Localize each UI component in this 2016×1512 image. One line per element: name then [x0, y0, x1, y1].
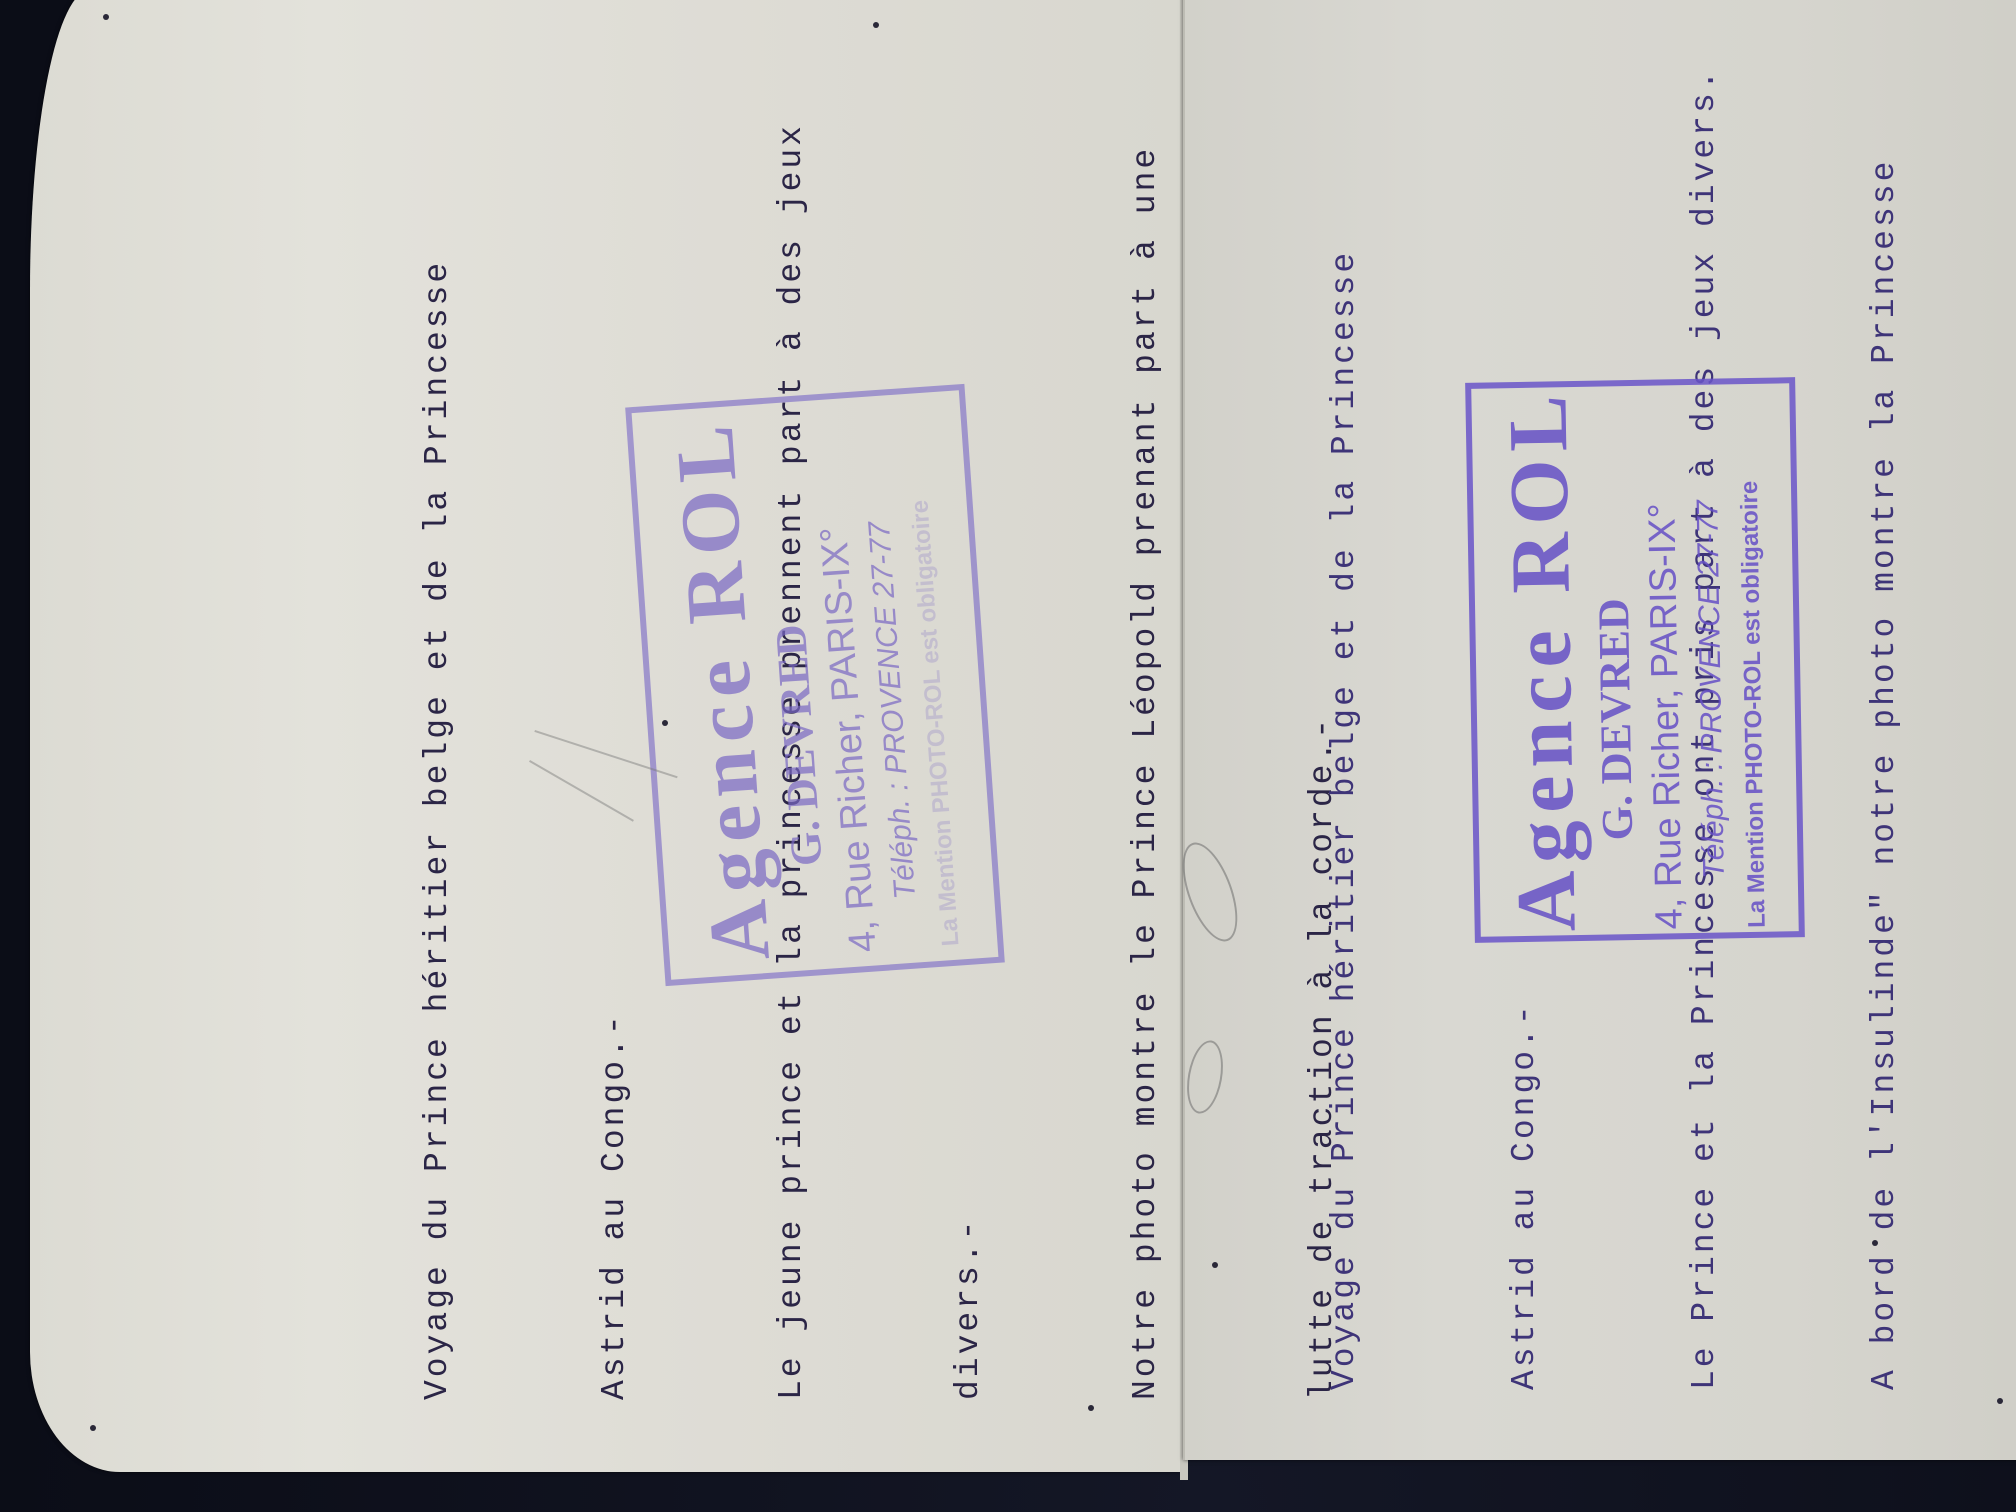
- paper-speck: [873, 22, 879, 28]
- paper-speck: [90, 1425, 96, 1431]
- stamp-mention: La Mention PHOTO-ROL est obligatoire: [1728, 388, 1777, 929]
- paper-speck: [1088, 1405, 1094, 1411]
- left-agency-stamp: Agence ROL G. DEVRED 4, Rue Richer, PARI…: [625, 384, 1005, 986]
- paper-speck: [103, 14, 109, 20]
- caption-line: Astrid au Congo.-: [585, 123, 644, 1400]
- paper-speck: [1997, 1398, 2003, 1404]
- caption-line: Voyage du Prince héritier belge et de la…: [408, 123, 467, 1400]
- paper-speck: [662, 720, 668, 726]
- paper-speck: [1872, 1240, 1878, 1246]
- caption-line: Notre photo montre le Prince Léopold pre…: [1116, 123, 1175, 1400]
- photo-scene: Voyage du Prince héritier belge et de la…: [0, 0, 2016, 1512]
- caption-line: Voyage du Prince héritier belge et de la…: [1315, 45, 1375, 1390]
- paper-speck: [1212, 1262, 1218, 1268]
- stamp-owner: G. DEVRED: [1584, 390, 1645, 931]
- right-agency-stamp: Agence ROL G. DEVRED 4, Rue Richer, PARI…: [1465, 377, 1805, 943]
- caption-line: A bord de l'Insulinde" notre photo montr…: [1855, 45, 1915, 1390]
- stamp-agency-name: Agence ROL: [1492, 391, 1593, 933]
